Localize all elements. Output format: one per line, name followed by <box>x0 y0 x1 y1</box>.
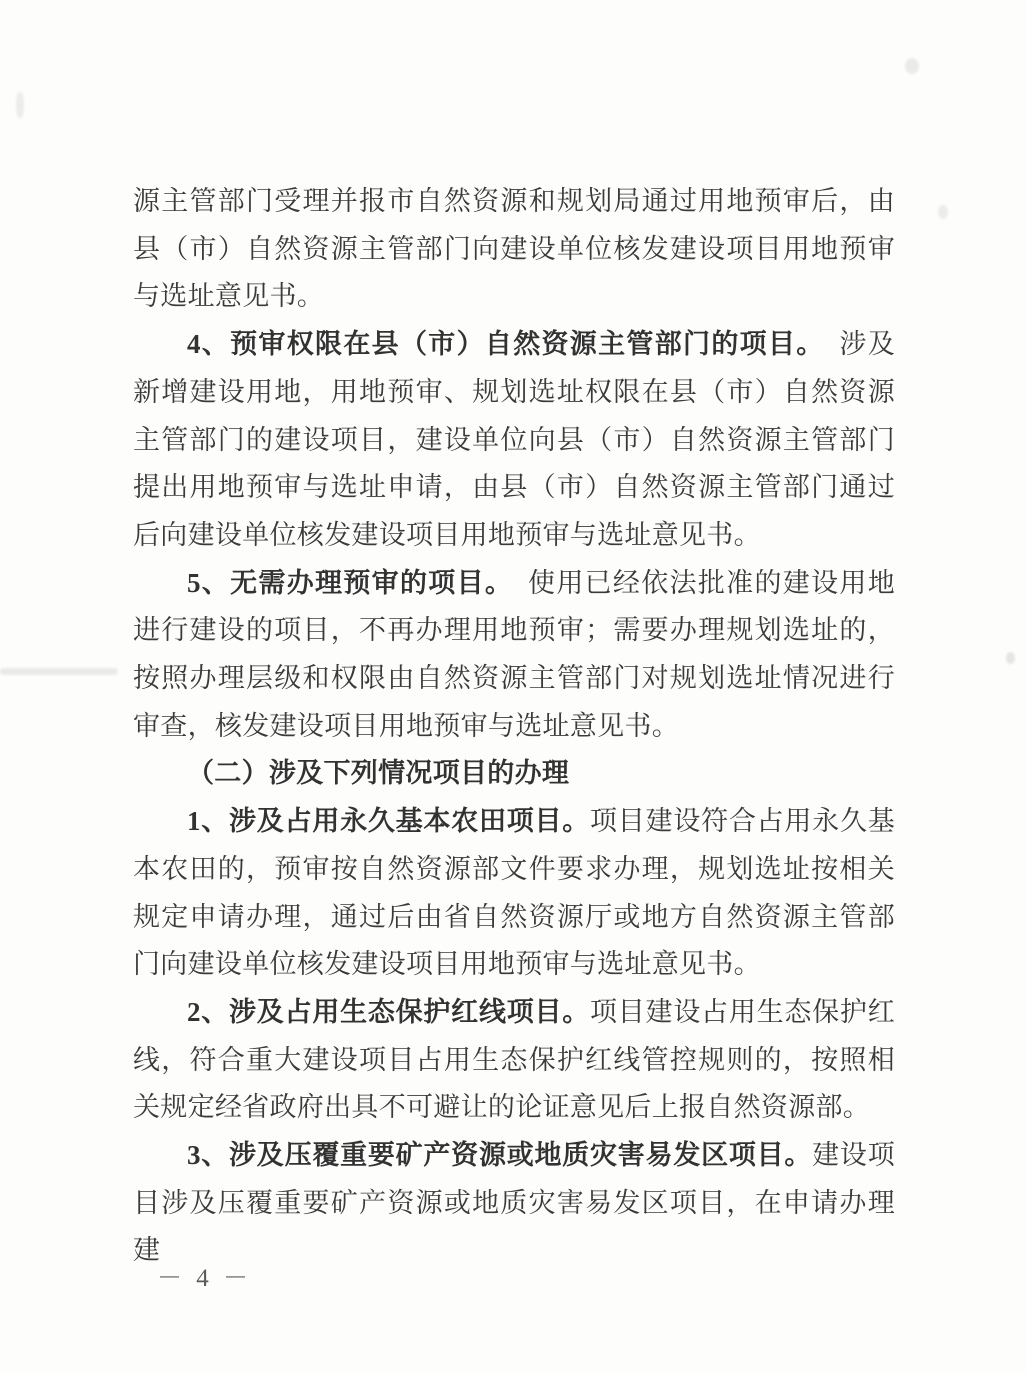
paragraph-item-3: 3、涉及压覆重要矿产资源或地质灾害易发区项目。建设项目涉及压覆重要矿产资源或地质… <box>133 1132 895 1275</box>
paragraph-heading: 4、预审权限在县（市）自然资源主管部门的项目。 <box>187 329 811 359</box>
scan-speck <box>938 205 948 219</box>
document-body: 源主管部门受理并报市自然资源和规划局通过用地预审后，由县（市）自然资源主管部门向… <box>133 178 895 1275</box>
scanned-document-page: 源主管部门受理并报市自然资源和规划局通过用地预审后，由县（市）自然资源主管部门向… <box>0 0 1027 1373</box>
scan-speck <box>16 92 24 118</box>
paragraph-heading: 3、涉及压覆重要矿产资源或地质灾害易发区项目。 <box>187 1140 812 1170</box>
paragraph-item-5: 5、无需办理预审的项目。 使用已经依法批准的建设用地进行建设的项目，不再办理用地… <box>133 560 895 751</box>
paragraph-heading: 2、涉及占用生态保护红线项目。 <box>187 997 590 1027</box>
page-number: － 4 － <box>157 1258 252 1294</box>
scan-smudge <box>0 668 118 675</box>
paragraph-item-4: 4、预审权限在县（市）自然资源主管部门的项目。 涉及新增建设用地，用地预审、规划… <box>133 321 895 560</box>
paragraph-text: 源主管部门受理并报市自然资源和规划局通过用地预审后，由县（市）自然资源主管部门向… <box>133 186 895 311</box>
paragraph-text: 涉及新增建设用地，用地预审、规划选址权限在县（市）自然资源主管部门的建设项目，建… <box>133 329 895 550</box>
paragraph-heading: 5、无需办理预审的项目。 <box>187 568 500 598</box>
section-heading-text: （二）涉及下列情况项目的办理 <box>187 758 569 788</box>
scan-speck <box>905 58 919 74</box>
paragraph-item-2: 2、涉及占用生态保护红线项目。项目建设占用生态保护红线，符合重大建设项目占用生态… <box>133 989 895 1132</box>
scan-speck <box>1006 652 1015 664</box>
section-heading-2: （二）涉及下列情况项目的办理 <box>133 750 895 798</box>
paragraph-heading: 1、涉及占用永久基本农田项目。 <box>187 806 590 836</box>
paragraph-item-1: 1、涉及占用永久基本农田项目。项目建设符合占用永久基本农田的，预审按自然资源部文… <box>133 798 895 989</box>
paragraph-continuation: 源主管部门受理并报市自然资源和规划局通过用地预审后，由县（市）自然资源主管部门向… <box>133 178 895 321</box>
